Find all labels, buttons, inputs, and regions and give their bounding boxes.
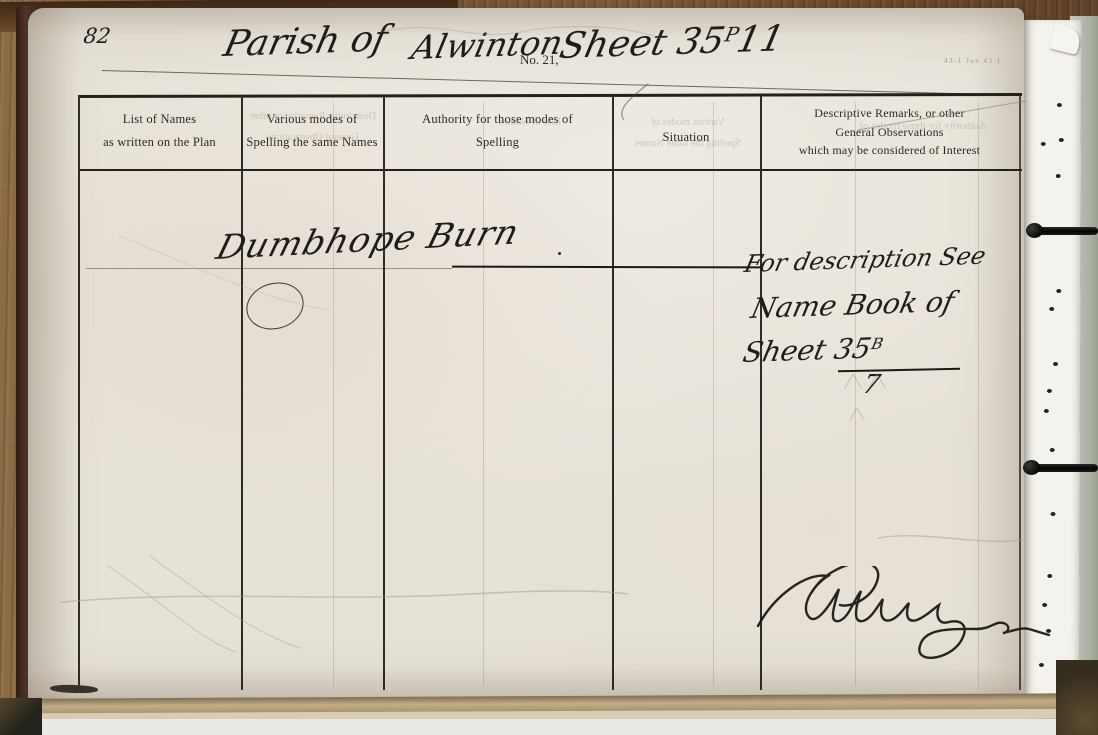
- underlying-page-edge: [28, 719, 1064, 735]
- desk-corner-bottom-right: [1056, 660, 1098, 735]
- desk-corner-bottom-left: [0, 698, 42, 735]
- name-book-photo: 82 Parish of Alwinton No. 21, Sheet 35P1…: [0, 0, 1098, 735]
- faint-marks-overlay: [0, 0, 1098, 735]
